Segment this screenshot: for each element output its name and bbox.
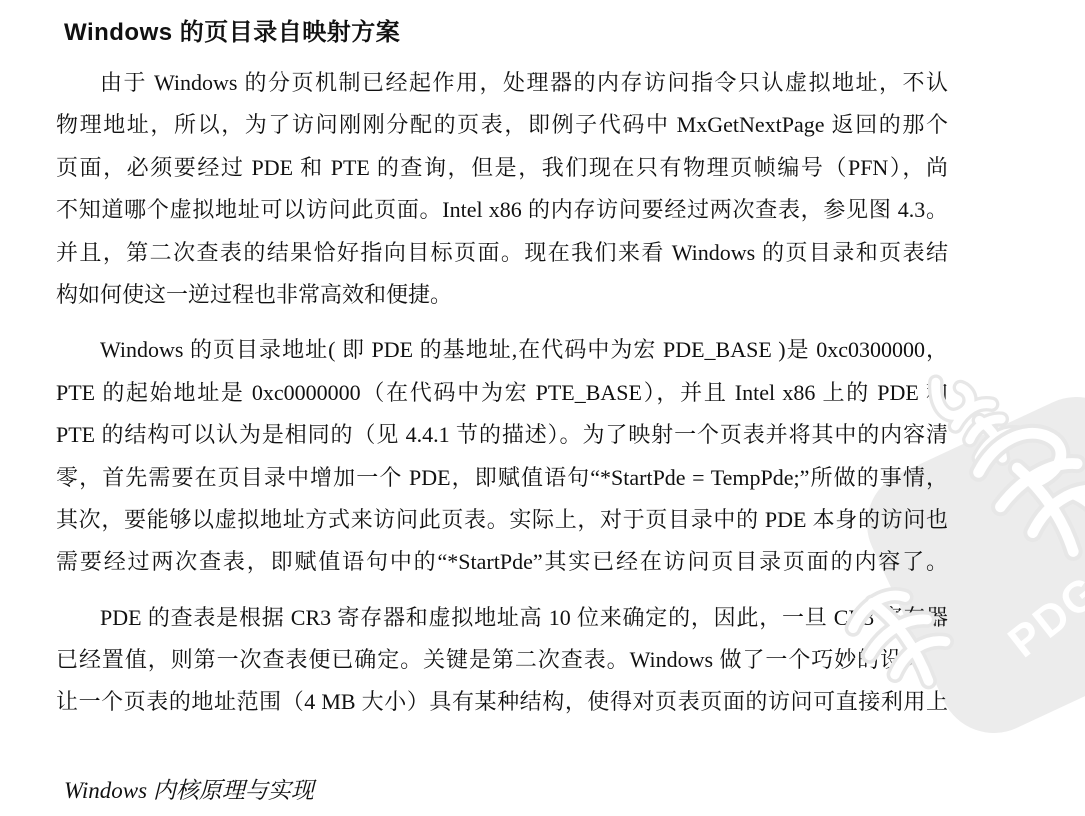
body-line: 需要经过两次查表，即赋值语句中的“*StartPde”其实已经在访问页目录页面的… [56,541,948,583]
body-line: 已经置值，则第一次查表便已确定。关键是第二次查表。Windows 做了一个巧妙的… [56,639,948,681]
page-title: Windows 的页目录自映射方案 [64,12,400,47]
body-line: 页面，必须要经过 PDE 和 PTE 的查询，但是，我们现在只有物理页帧编号（P… [56,147,948,189]
body-line: 并且，第二次查表的结果恰好指向目标页面。现在我们来看 Windows 的页目录和… [56,232,948,274]
scanned-book-page: Windows 的页目录自映射方案 由于 Windows 的分页机制已经起作用，… [0,0,1085,816]
paragraph: PDE 的查表是根据 CR3 寄存器和虚拟地址高 10 位来确定的，因此，一旦 … [56,597,948,724]
body-line: PDE 的查表是根据 CR3 寄存器和虚拟地址高 10 位来确定的，因此，一旦 … [56,597,948,639]
body-line: PTE 的结构可以认为是相同的（见 4.4.1 节的描述）。为了映射一个页表并将… [56,414,948,456]
body-line: PTE 的起始地址是 0xc0000000（在代码中为宏 PTE_BASE），并… [56,372,948,414]
page-footer-book-title: Windows 内核原理与实现 [64,772,314,805]
body-line: 让一个页表的地址范围（4 MB 大小）具有某种结构，使得对页表页面的访问可直接利… [56,681,948,723]
body-line: 由于 Windows 的分页机制已经起作用，处理器的内存访问指令只认虚拟地址，不… [56,62,948,104]
paragraph: Windows 的页目录地址( 即 PDE 的基地址,在代码中为宏 PDE_BA… [56,329,948,583]
body-line: Windows 的页目录地址( 即 PDE 的基地址,在代码中为宏 PDE_BA… [56,329,948,371]
body-line: 物理地址，所以，为了访问刚刚分配的页表，即例子代码中 MxGetNextPage… [56,104,948,146]
body-line: 零，首先需要在页目录中增加一个 PDE，即赋值语句“*StartPde = Te… [56,457,948,499]
body-line: 其次，要能够以虚拟地址方式来访问此页表。实际上，对于页目录中的 PDE 本身的访… [56,499,948,541]
paragraph: 由于 Windows 的分页机制已经起作用，处理器的内存访问指令只认虚拟地址，不… [56,62,948,316]
document-body: 由于 Windows 的分页机制已经起作用，处理器的内存访问指令只认虚拟地址，不… [56,62,948,737]
body-line: 构如何使这一逆过程也非常高效和便捷。 [56,274,948,316]
body-line: 不知道哪个虚拟地址可以访问此页面。Intel x86 的内存访问要经过两次查表，… [56,189,948,231]
